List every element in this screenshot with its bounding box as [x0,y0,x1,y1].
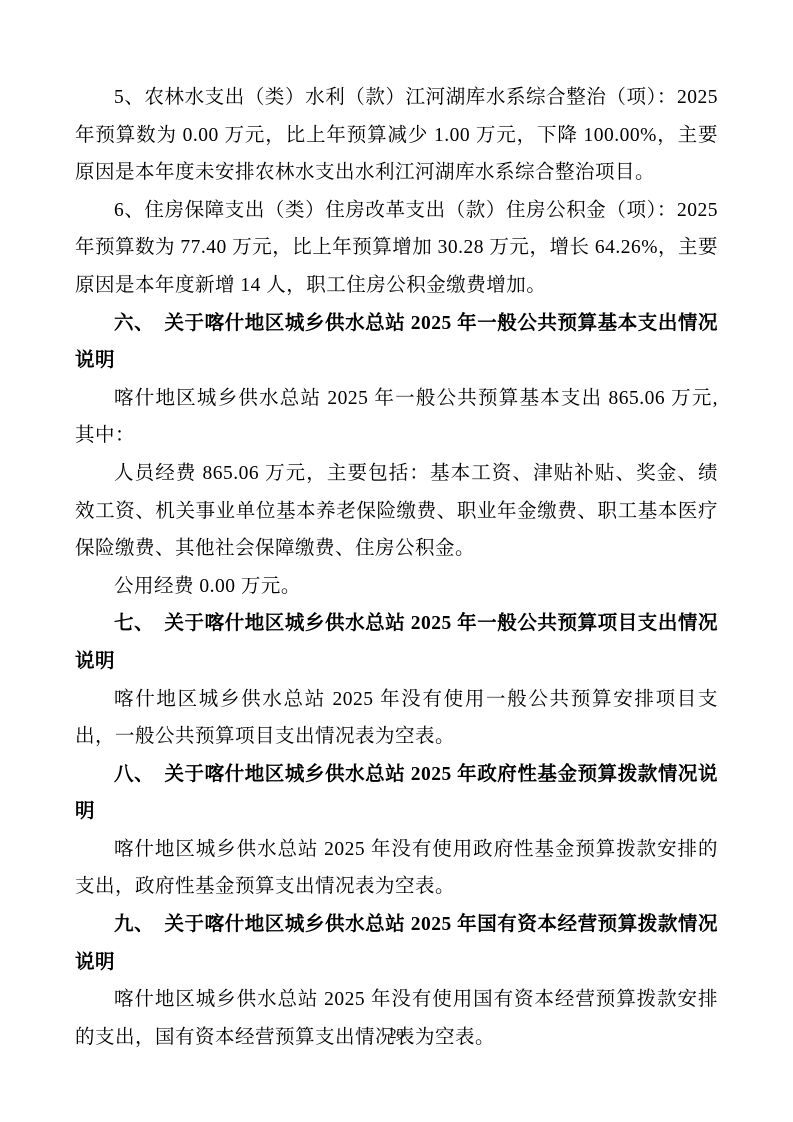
page-number: 20 [0,1028,793,1042]
document-page: 5、农林水支出（类）水利（款）江河湖库水系综合整治（项）：2025 年预算数为 … [0,0,793,1122]
paragraph: 喀什地区城乡供水总站 2025 年一般公共预算基本支出 865.06 万元,其中… [75,380,718,455]
document-body: 5、农林水支出（类）水利（款）江河湖库水系综合整治（项）：2025 年预算数为 … [75,79,718,1056]
paragraph: 5、农林水支出（类）水利（款）江河湖库水系综合整治（项）：2025 年预算数为 … [75,79,718,192]
section-heading: 六、 关于喀什地区城乡供水总站 2025 年一般公共预算基本支出情况说明 [75,305,718,380]
paragraph: 公用经费 0.00 万元。 [75,568,718,606]
paragraph: 人员经费 865.06 万元，主要包括：基本工资、津贴补贴、奖金、绩效工资、机关… [75,455,718,568]
paragraph: 喀什地区城乡供水总站 2025 年没有使用一般公共预算安排项目支出，一般公共预算… [75,681,718,756]
section-heading: 八、 关于喀什地区城乡供水总站 2025 年政府性基金预算拨款情况说明 [75,756,718,831]
paragraph: 6、住房保障支出（类）住房改革支出（款）住房公积金（项）：2025 年预算数为 … [75,192,718,305]
paragraph: 喀什地区城乡供水总站 2025 年没有使用国有资本经营预算拨款安排的支出，国有资… [75,981,718,1056]
section-heading: 九、 关于喀什地区城乡供水总站 2025 年国有资本经营预算拨款情况说明 [75,906,718,981]
paragraph: 喀什地区城乡供水总站 2025 年没有使用政府性基金预算拨款安排的支出，政府性基… [75,831,718,906]
section-heading: 七、 关于喀什地区城乡供水总站 2025 年一般公共预算项目支出情况说明 [75,605,718,680]
